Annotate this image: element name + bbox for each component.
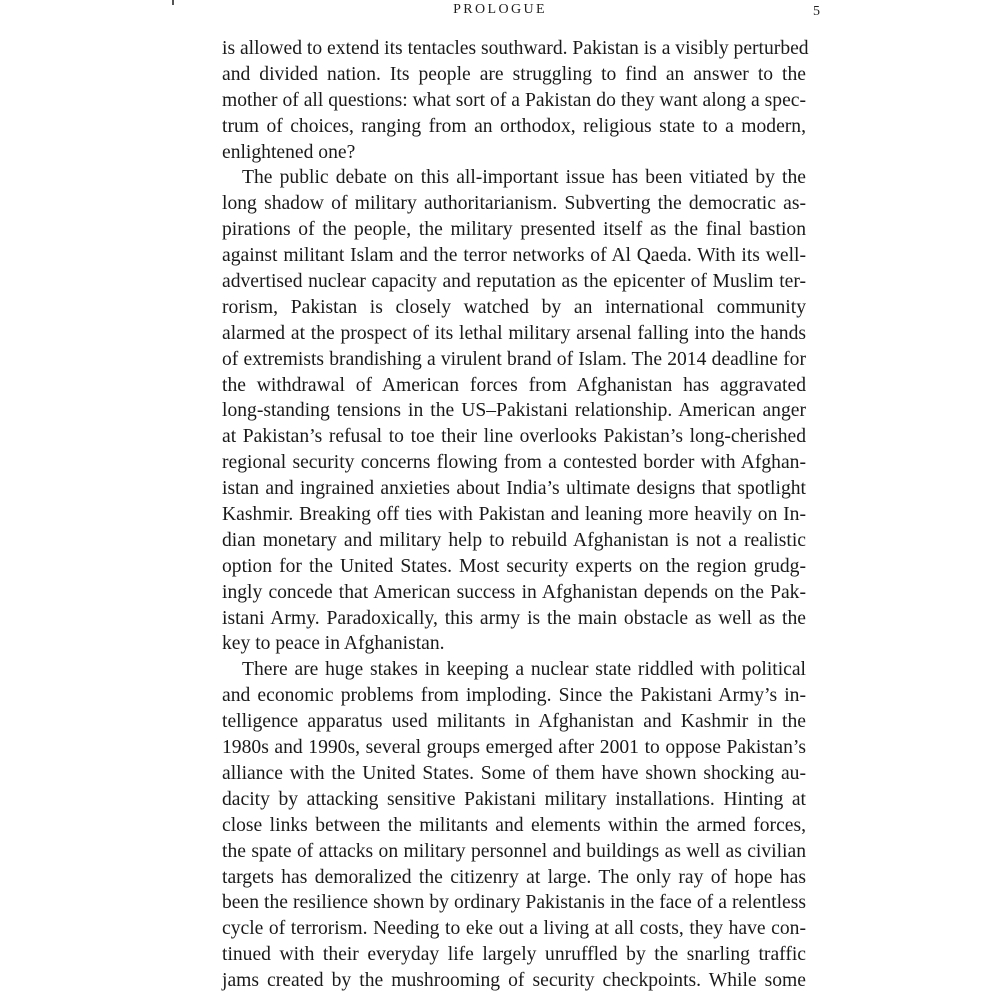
text-line: alliance with the United States. Some of…: [222, 761, 806, 787]
text-line: Kashmir. Breaking off ties with Pakistan…: [222, 502, 806, 528]
chapter-title: PROLOGUE: [180, 0, 820, 20]
page-number: 5: [813, 2, 820, 22]
text-line: pirations of the people, the military pr…: [222, 217, 806, 243]
text-line: The public debate on this all-important …: [222, 165, 806, 191]
text-line: at Pakistan’s refusal to toe their line …: [222, 424, 806, 450]
text-line: tinued with their everyday life largely …: [222, 942, 806, 968]
text-line: rorism, Pakistan is closely watched by a…: [222, 295, 806, 321]
book-page: PROLOGUE 5 is allowed to extend its tent…: [0, 0, 1000, 1000]
text-line: alarmed at the prospect of its lethal mi…: [222, 321, 806, 347]
text-line: and divided nation. Its people are strug…: [222, 62, 806, 88]
text-line: istani Army. Paradoxically, this army is…: [222, 606, 806, 632]
text-line: long-standing tensions in the US–Pakista…: [222, 398, 806, 424]
text-line: and economic problems from imploding. Si…: [222, 683, 806, 709]
text-line: dacity by attacking sensitive Pakistani …: [222, 787, 806, 813]
paragraph-1: is allowed to extend its tentacles south…: [222, 36, 806, 165]
text-line: advertised nuclear capacity and reputati…: [222, 269, 806, 295]
text-line: targets has demoralized the citizenry at…: [222, 865, 806, 891]
text-line: long shadow of military authoritarianism…: [222, 191, 806, 217]
text-line: ingly concede that American success in A…: [222, 580, 806, 606]
text-line: mother of all questions: what sort of a …: [222, 88, 806, 114]
text-line: close links between the militants and el…: [222, 813, 806, 839]
text-line: istan and ingrained anxieties about Indi…: [222, 476, 806, 502]
text-line: option for the United States. Most secur…: [222, 554, 806, 580]
text-line: the withdrawal of American forces from A…: [222, 373, 806, 399]
text-line: telligence apparatus used militants in A…: [222, 709, 806, 735]
text-line: trum of choices, ranging from an orthodo…: [222, 114, 806, 140]
text-line: against militant Islam and the terror ne…: [222, 243, 806, 269]
text-line: been the resilience shown by ordinary Pa…: [222, 890, 806, 916]
text-line: 1980s and 1990s, several groups emerged …: [222, 735, 806, 761]
running-header: PROLOGUE 5: [180, 0, 820, 22]
body-text: is allowed to extend its tentacles south…: [222, 36, 806, 994]
paragraph-2: The public debate on this all-important …: [222, 165, 806, 657]
text-line: is allowed to extend its tentacles south…: [222, 36, 806, 62]
text-line: of extremists brandishing a virulent bra…: [222, 347, 806, 373]
text-line: key to peace in Afghanistan.: [222, 631, 806, 657]
page-edge-mark: [172, 0, 174, 5]
text-line: jams created by the mushrooming of secur…: [222, 968, 806, 994]
paragraph-3: There are huge stakes in keeping a nucle…: [222, 657, 806, 994]
text-line: the spate of attacks on military personn…: [222, 839, 806, 865]
text-line: dian monetary and military help to rebui…: [222, 528, 806, 554]
text-line: enlightened one?: [222, 140, 806, 166]
text-line: There are huge stakes in keeping a nucle…: [222, 657, 806, 683]
text-line: regional security concerns flowing from …: [222, 450, 806, 476]
text-line: cycle of terrorism. Needing to eke out a…: [222, 916, 806, 942]
